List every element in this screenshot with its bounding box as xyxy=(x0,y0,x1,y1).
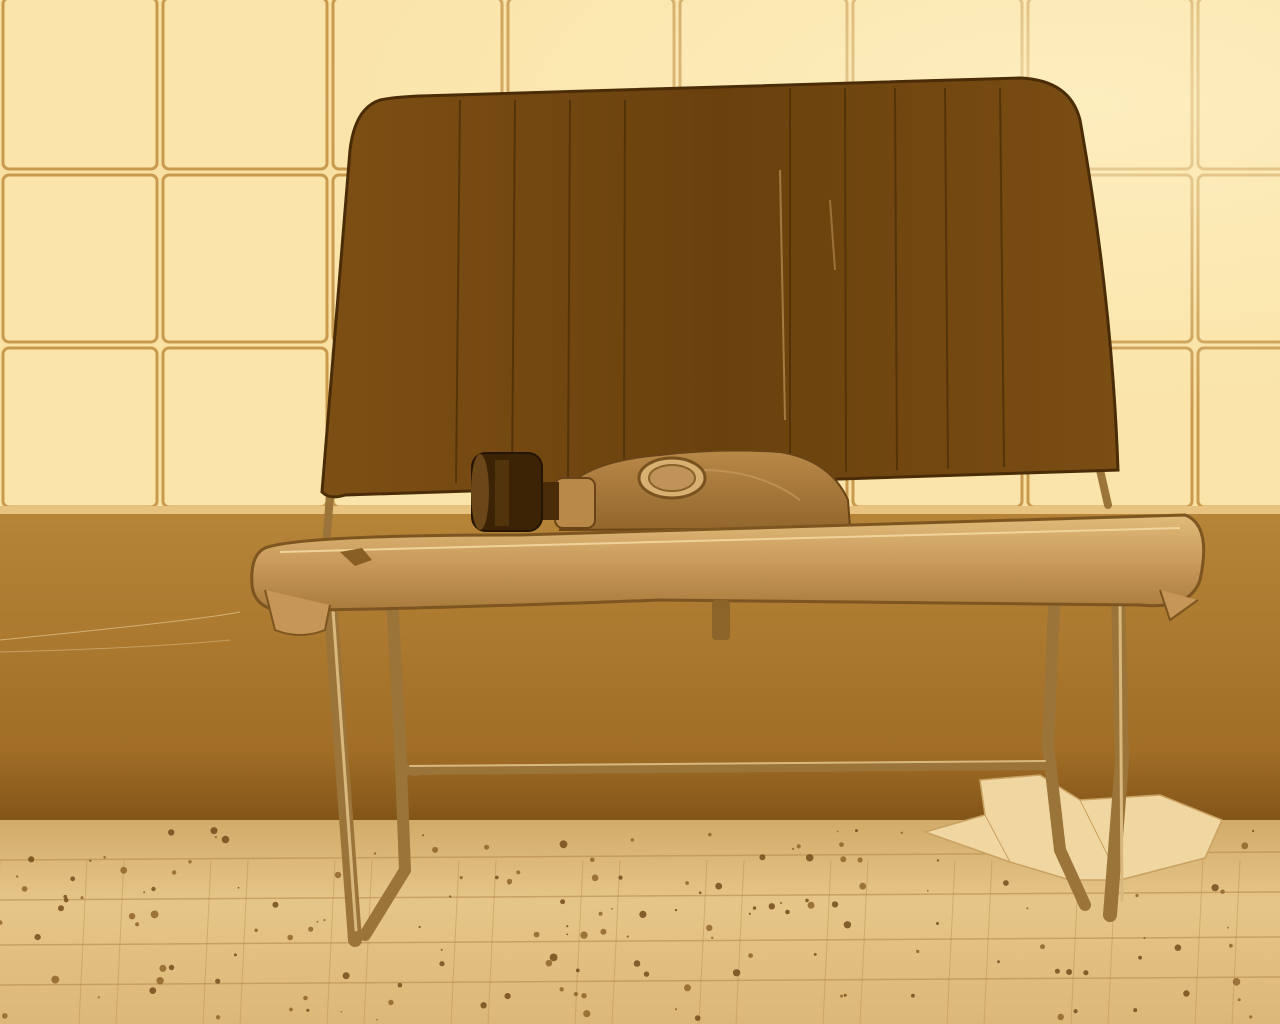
photo-canvas xyxy=(0,0,1280,1024)
mask-valve xyxy=(555,478,595,528)
gas-mask xyxy=(471,451,850,531)
photo-scene: Sepia-toned photograph of an abandoned, … xyxy=(0,0,1280,1024)
bench-backrest xyxy=(322,78,1118,497)
